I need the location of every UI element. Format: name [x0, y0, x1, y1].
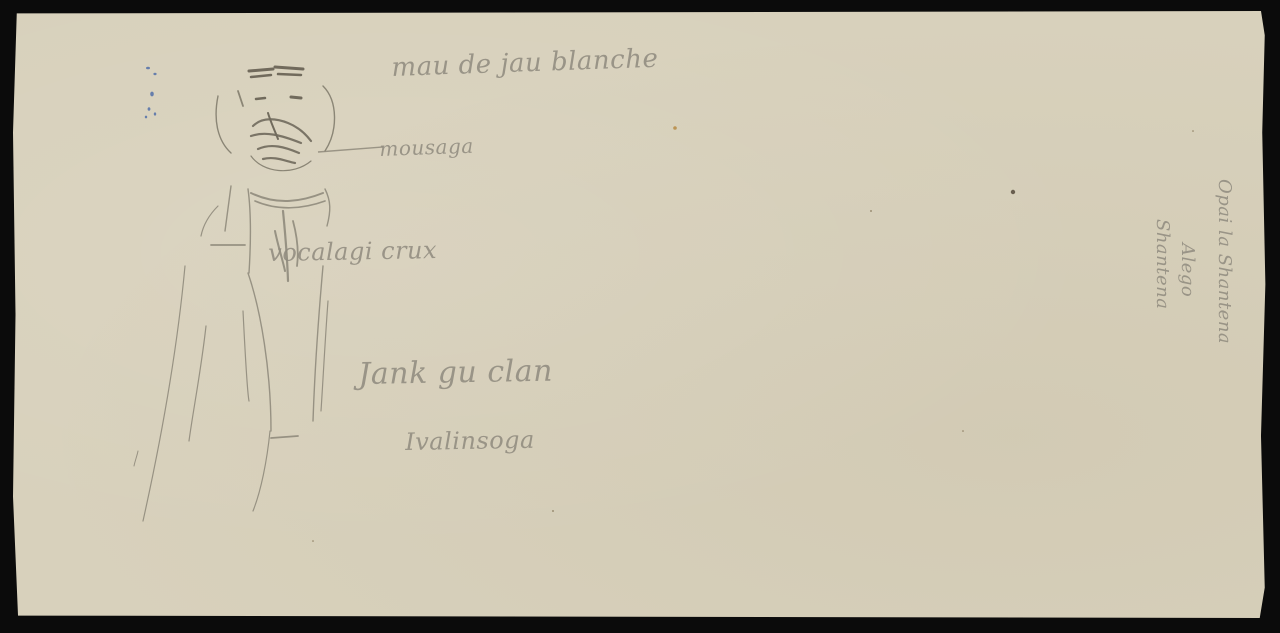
annotation-beard-label: mousaga	[379, 134, 474, 161]
pencil-sketch	[13, 11, 1266, 618]
blue-ink-specks	[145, 67, 157, 119]
figure-head	[216, 67, 334, 171]
annotation-coat-label-1: Jank gu clan	[358, 354, 553, 392]
figure-body	[134, 186, 330, 521]
annotation-collar-label: vocalagi crux	[268, 236, 437, 267]
annotation-vertical-right-3: Shantena	[1152, 219, 1173, 309]
annotation-vertical-right-2: Alego	[1177, 243, 1198, 297]
paper-sheet: mau de jau blanche mousaga vocalagi crux…	[13, 11, 1266, 618]
scan-stage: mau de jau blanche mousaga vocalagi crux…	[0, 0, 1280, 633]
paper-specks	[312, 126, 1194, 542]
annotation-coat-label-2: Ivalinsoga	[405, 426, 535, 456]
annotation-vertical-right-1: Opai la Shantena	[1214, 179, 1235, 344]
